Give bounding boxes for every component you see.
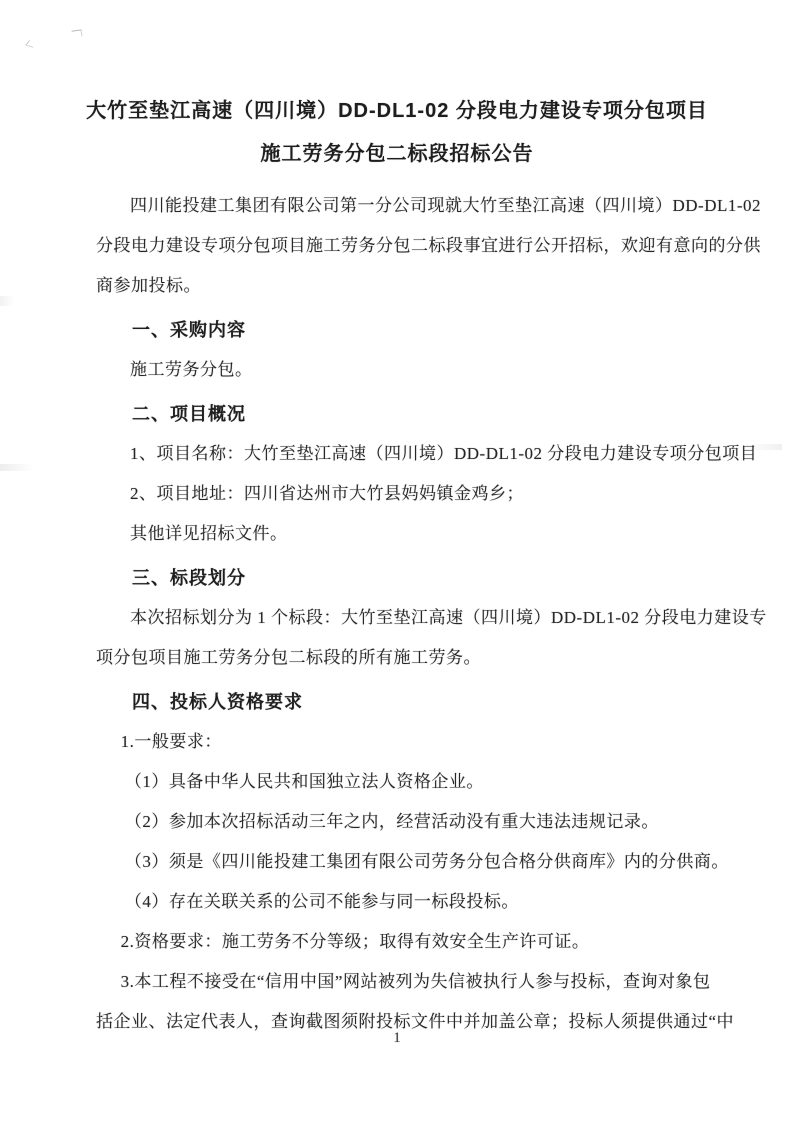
paragraph-line: （4）存在关联关系的公司不能参与同一标段投标。 — [96, 882, 756, 922]
paragraph-line: 2.资格要求：施工劳务不分等级；取得有效安全生产许可证。 — [96, 922, 756, 962]
paragraph-line: 项分包项目施工劳务分包二标段的所有施工劳务。 — [96, 638, 756, 678]
paragraph-line: （1）具备中华人民共和国独立法人资格企业。 — [96, 762, 756, 802]
paragraph-line: 商参加投标。 — [96, 266, 756, 306]
scan-artifact — [0, 464, 34, 471]
section-heading: 一、采购内容 — [96, 310, 756, 350]
document-body: 四川能投建工集团有限公司第一分公司现就大竹至垫江高速（四川境）DD-DL1-02… — [96, 186, 756, 1042]
document-page: 大竹至垫江高速（四川境）DD-DL1-02 分段电力建设专项分包项目 施工劳务分… — [0, 0, 794, 1123]
section-heading: 四、投标人资格要求 — [96, 682, 756, 722]
page-number: 1 — [0, 1030, 794, 1047]
paragraph-line: 3.本工程不接受在“信用中国”网站被列为失信被执行人参与投标，查询对象包 — [96, 962, 756, 1002]
paragraph-line: 分段电力建设专项分包项目施工劳务分包二标段事宜进行公开招标，欢迎有意向的分供 — [96, 226, 756, 266]
section-heading: 二、项目概况 — [96, 394, 756, 434]
paragraph-line: （3）须是《四川能投建工集团有限公司劳务分包合格分供商库》内的分供商。 — [96, 842, 756, 882]
paragraph-line: 1、项目名称：大竹至垫江高速（四川境）DD-DL1-02 分段电力建设专项分包项… — [96, 434, 756, 474]
paragraph-line: 本次招标划分为 1 个标段：大竹至垫江高速（四川境）DD-DL1-02 分段电力… — [96, 598, 756, 638]
paragraph-line: 2、项目地址：四川省达州市大竹县妈妈镇金鸡乡； — [96, 474, 756, 514]
paragraph-line: （2）参加本次招标活动三年之内，经营活动没有重大违法违规记录。 — [96, 802, 756, 842]
document-title-line2: 施工劳务分包二标段招标公告 — [0, 139, 794, 169]
document-title: 大竹至垫江高速（四川境）DD-DL1-02 分段电力建设专项分包项目 施工劳务分… — [0, 0, 794, 169]
paragraph-line: 四川能投建工集团有限公司第一分公司现就大竹至垫江高速（四川境）DD-DL1-02 — [96, 186, 756, 226]
scan-artifact — [0, 296, 14, 306]
paragraph-line: 1.一般要求： — [96, 722, 756, 762]
section-heading: 三、标段划分 — [96, 558, 756, 598]
paragraph-line: 其他详见招标文件。 — [96, 514, 756, 554]
paragraph-line: 施工劳务分包。 — [96, 350, 756, 390]
document-title-line1: 大竹至垫江高速（四川境）DD-DL1-02 分段电力建设专项分包项目 — [0, 96, 794, 126]
